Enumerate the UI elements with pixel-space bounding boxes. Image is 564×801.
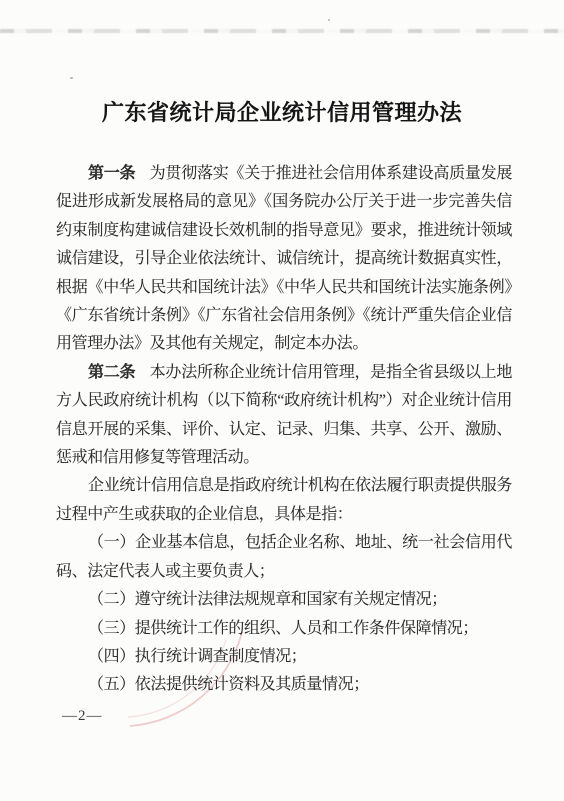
dust-speck [70,77,73,79]
paragraph-text: 为贯彻落实《关于推进社会信用体系建设高质量发展促进形成新发展格局的意见》《国务院… [56,165,512,352]
paragraph-text: （一）企业基本信息，包括企业名称、地址、统一社会信用代码、法定代表人或主要负责人… [56,534,512,579]
paragraph-credit-info-intro: 企业统计信用信息是指政府统计机构在依法履行职责提供服务过程中产生或获取的企业信息… [56,472,512,529]
list-item-4: （四）执行统计调查制度情况； [56,643,512,671]
paragraph-article-1: 第一条为贯彻落实《关于推进社会信用体系建设高质量发展促进形成新发展格局的意见》《… [56,160,512,359]
dust-speck [328,19,330,21]
page-number: —2— [62,708,103,725]
paragraph-text: （四）执行统计调查制度情况； [88,648,306,665]
document-body: 第一条为贯彻落实《关于推进社会信用体系建设高质量发展促进形成新发展格局的意见》《… [56,160,512,700]
scanned-document-page: 广东省统计局企业统计信用管理办法 第一条为贯彻落实《关于推进社会信用体系建设高质… [0,0,564,801]
paragraph-text: 企业统计信用信息是指政府统计机构在依法履行职责提供服务过程中产生或获取的企业信息… [56,477,512,522]
list-item-1: （一）企业基本信息，包括企业名称、地址、统一社会信用代码、法定代表人或主要负责人… [56,529,512,586]
paragraph-article-2: 第二条本办法所称企业统计信用管理，是指全省县级以上地方人民政府统计机构（以下简称… [56,359,512,473]
article-number: 第一条 [88,165,135,182]
paragraph-text: （三）提供统计工作的组织、人员和工作条件保障情况； [88,620,478,637]
list-item-5: （五）依法提供统计资料及其质量情况； [56,671,512,699]
paragraph-text: （二）遵守统计法律法规规章和国家有关规定情况； [88,591,447,608]
list-item-3: （三）提供统计工作的组织、人员和工作条件保障情况； [56,615,512,643]
document-title: 广东省统计局企业统计信用管理办法 [0,96,564,127]
article-number: 第二条 [88,364,135,381]
paragraph-text: （五）依法提供统计资料及其质量情况； [88,676,369,693]
list-item-2: （二）遵守统计法律法规规章和国家有关规定情况； [56,586,512,614]
scan-artifact-line [0,29,564,33]
